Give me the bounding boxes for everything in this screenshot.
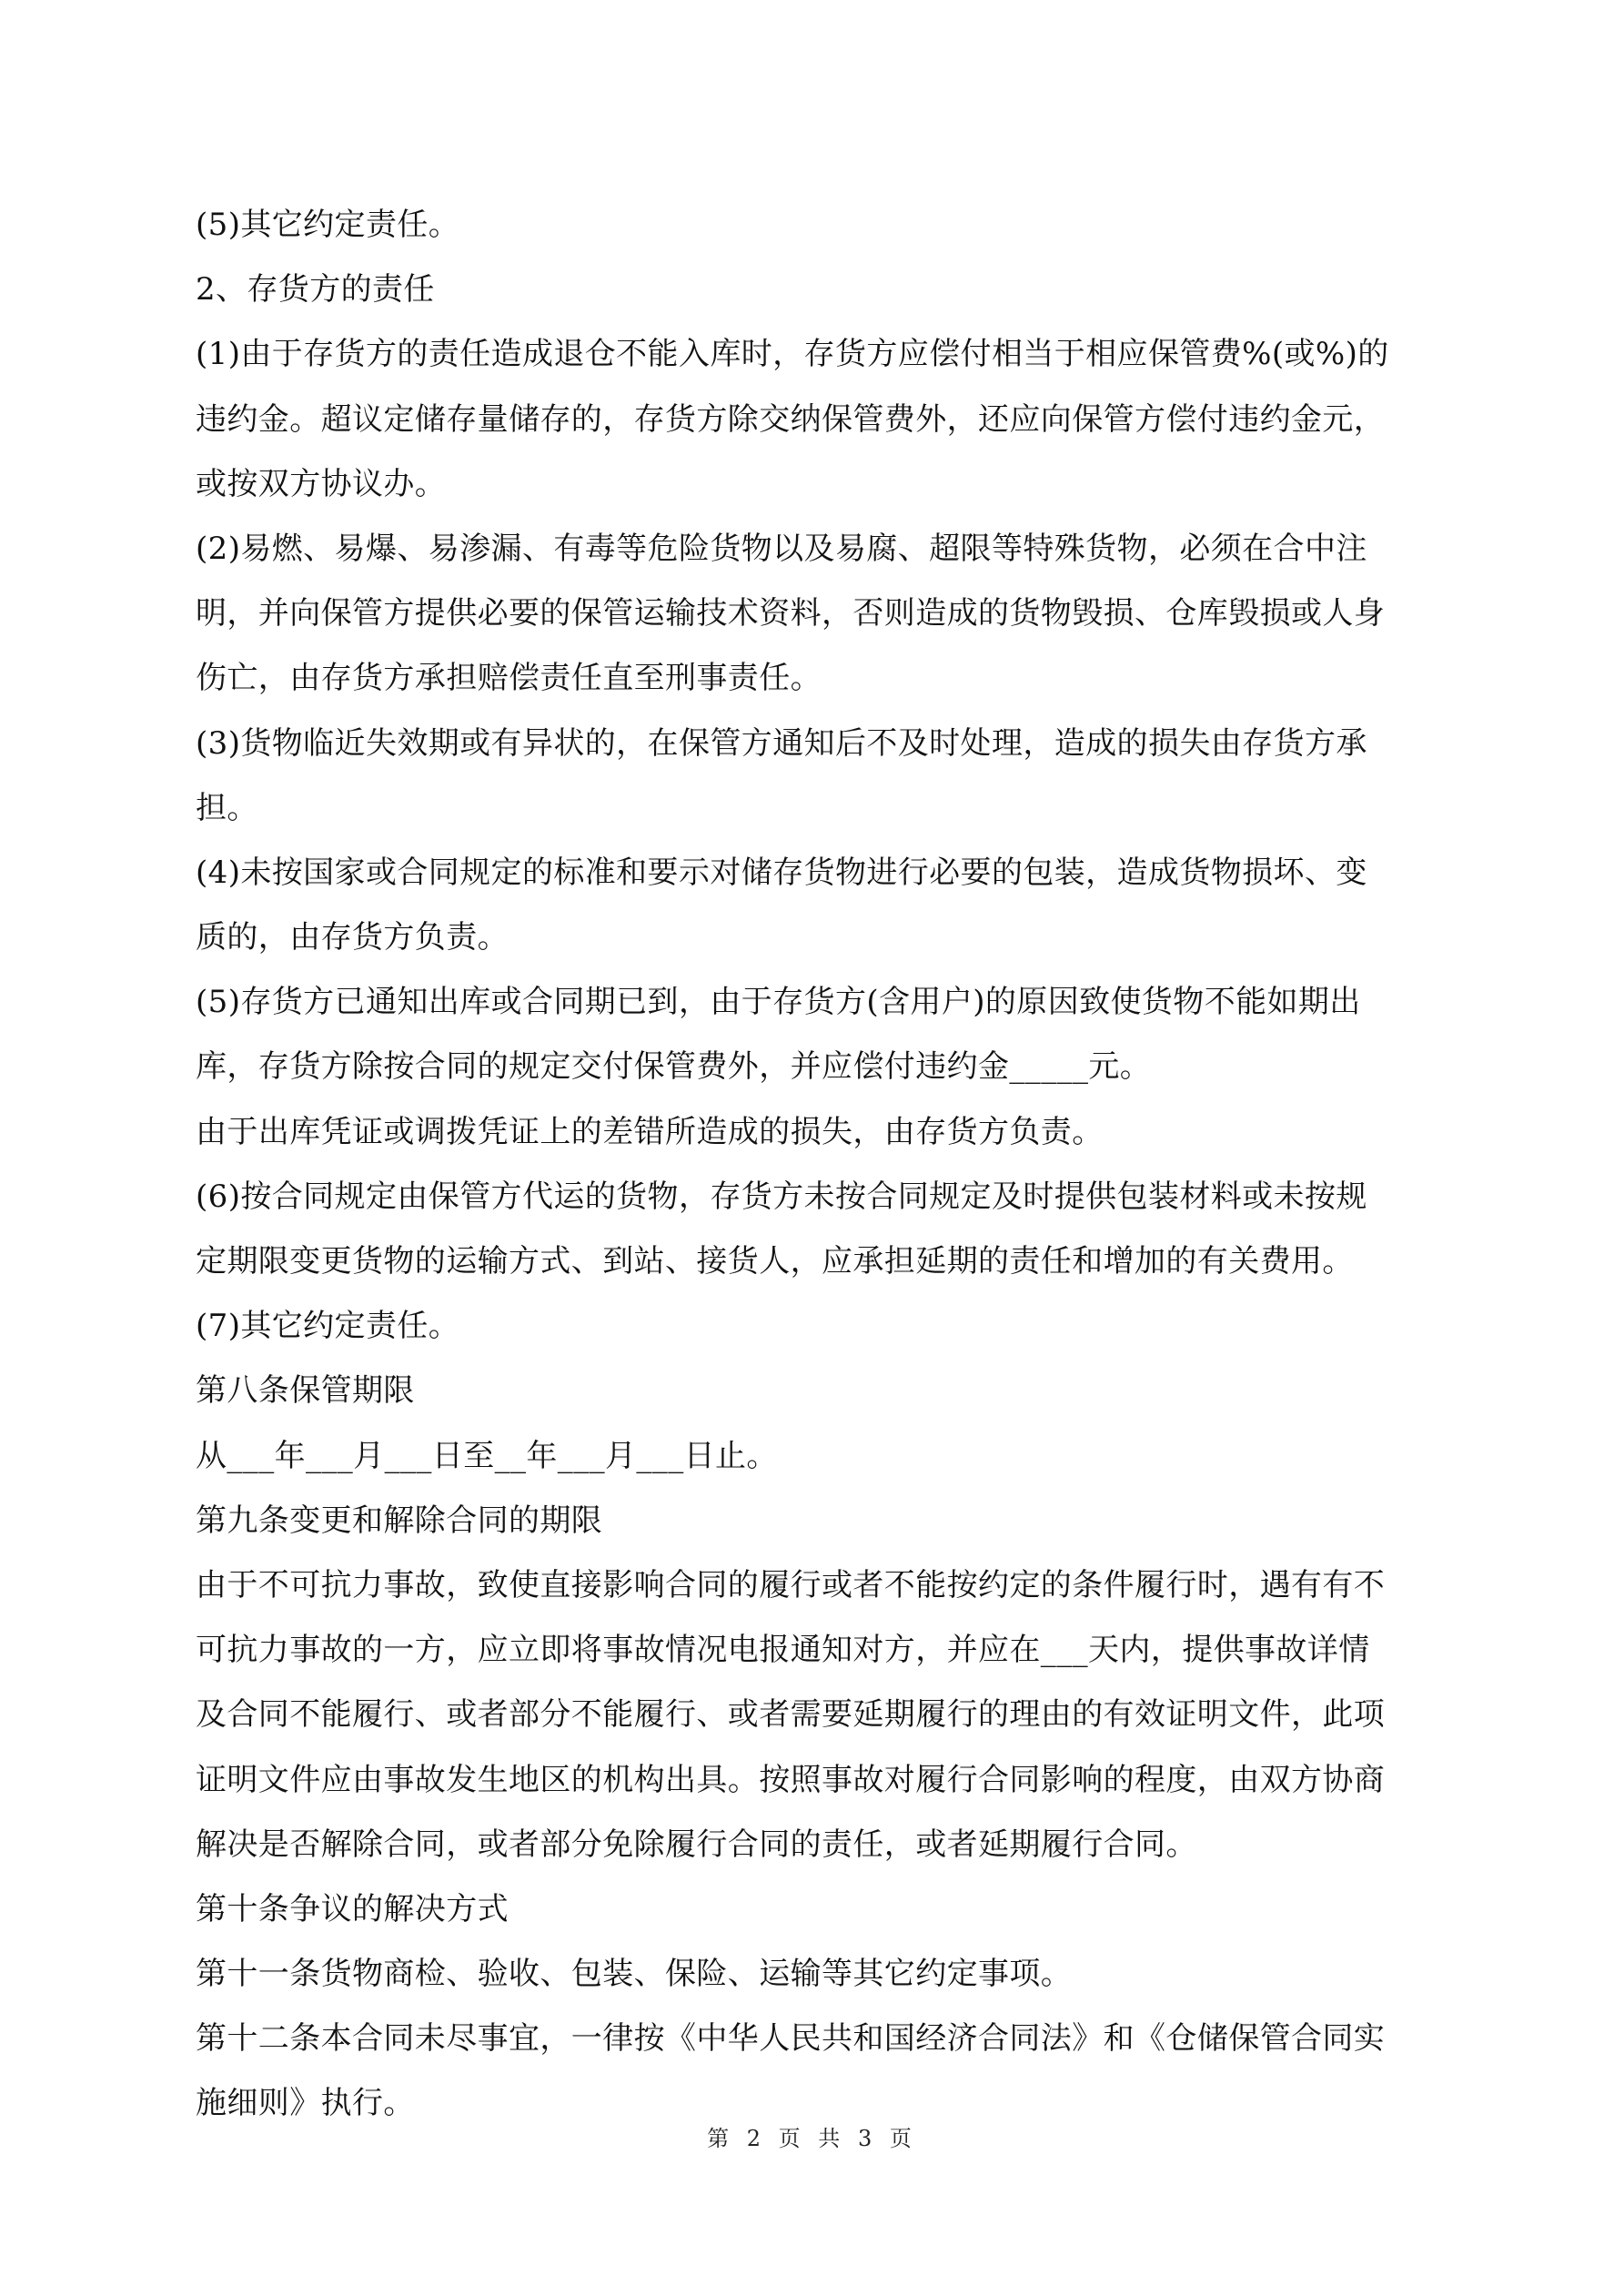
text-line: (1)由于存货方的责任造成退仓不能入库时，存货方应偿付相当于相应保管费%(或%)… <box>196 322 1433 387</box>
section-heading: 2、存货方的责任 <box>196 258 1433 322</box>
page-number-footer: 第 2 页 共 3 页 <box>0 2120 1624 2152</box>
text-line: (7)其它约定责任。 <box>196 1294 1433 1359</box>
document-page: (5)其它约定责任。 2、存货方的责任 (1)由于存货方的责任造成退仓不能入库时… <box>0 0 1624 2296</box>
text-line: 担。 <box>196 776 1433 841</box>
text-line: 解决是否解除合同，或者部分免除履行合同的责任，或者延期履行合同。 <box>196 1813 1433 1877</box>
text-line: 定期限变更货物的运输方式、到站、接货人，应承担延期的责任和增加的有关费用。 <box>196 1229 1433 1294</box>
text-line: 明，并向保管方提供必要的保管运输技术资料，否则造成的货物毁损、仓库毁损或人身 <box>196 582 1433 646</box>
text-line: (5)存货方已通知出库或合同期已到，由于存货方(含用户)的原因致使货物不能如期出 <box>196 970 1433 1035</box>
text-line: (5)其它约定责任。 <box>196 193 1433 258</box>
section-heading: 第十一条货物商检、验收、包装、保险、运输等其它约定事项。 <box>196 1942 1433 2007</box>
text-line: 库，存货方除按合同的规定交付保管费外，并应偿付违约金_____元。 <box>196 1035 1433 1099</box>
section-heading: 第十条争议的解决方式 <box>196 1877 1433 1942</box>
text-line: 由于出库凭证或调拨凭证上的差错所造成的损失，由存货方负责。 <box>196 1100 1433 1165</box>
text-line: 可抗力事故的一方，应立即将事故情况电报通知对方，并应在___天内，提供事故详情 <box>196 1618 1433 1683</box>
text-line: 或按双方协议办。 <box>196 452 1433 517</box>
section-heading: 第九条变更和解除合同的期限 <box>196 1489 1433 1553</box>
text-line: (2)易燃、易爆、易渗漏、有毒等危险货物以及易腐、超限等特殊货物，必须在合中注 <box>196 517 1433 582</box>
text-line: (3)货物临近失效期或有异状的，在保管方通知后不及时处理，造成的损失由存货方承 <box>196 712 1433 776</box>
text-line: (4)未按国家或合同规定的标准和要示对储存货物进行必要的包装，造成货物损坏、变 <box>196 841 1433 905</box>
text-line: 违约金。超议定储存量储存的，存货方除交纳保管费外，还应向保管方偿付违约金元， <box>196 388 1433 452</box>
text-line: 伤亡，由存货方承担赔偿责任直至刑事责任。 <box>196 646 1433 711</box>
text-line: 证明文件应由事故发生地区的机构出具。按照事故对履行合同影响的程度，由双方协商 <box>196 1748 1433 1813</box>
text-line: 由于不可抗力事故，致使直接影响合同的履行或者不能按约定的条件履行时，遇有有不 <box>196 1553 1433 1618</box>
section-heading: 第八条保管期限 <box>196 1359 1433 1423</box>
text-line: 从___年___月___日至__年___月___日止。 <box>196 1424 1433 1489</box>
text-line: 及合同不能履行、或者部分不能履行、或者需要延期履行的理由的有效证明文件，此项 <box>196 1683 1433 1747</box>
text-line: (6)按合同规定由保管方代运的货物，存货方未按合同规定及时提供包装材料或未按规 <box>196 1165 1433 1229</box>
document-body: (5)其它约定责任。 2、存货方的责任 (1)由于存货方的责任造成退仓不能入库时… <box>196 193 1433 2137</box>
section-heading: 第十二条本合同未尽事宜，一律按《中华人民共和国经济合同法》和《仓储保管合同实 <box>196 2007 1433 2071</box>
text-line: 质的，由存货方负责。 <box>196 905 1433 970</box>
